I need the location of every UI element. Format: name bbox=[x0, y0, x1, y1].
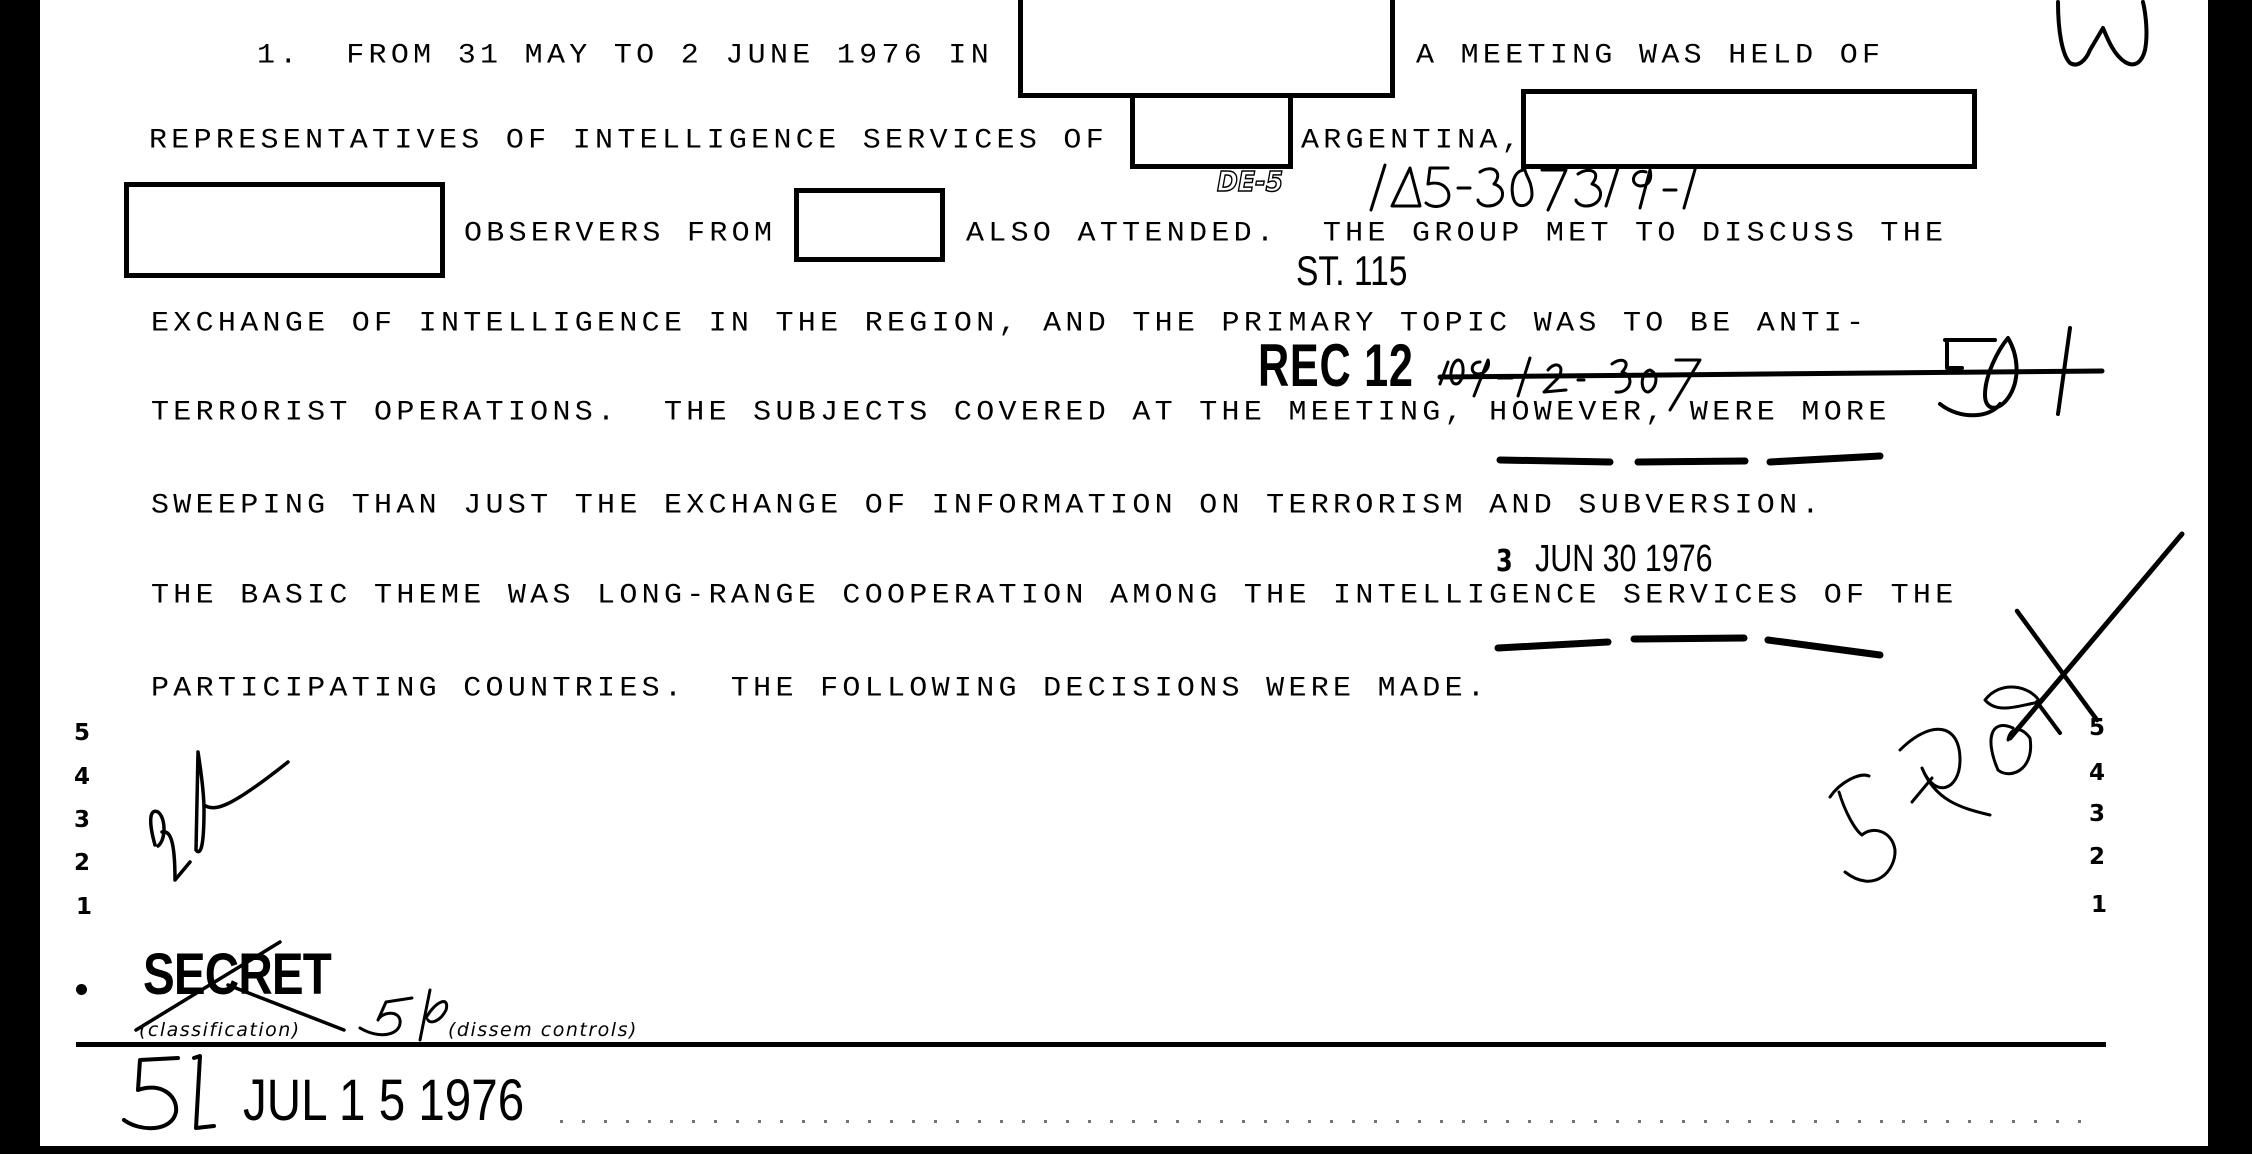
check-mark-stroke-short bbox=[2017, 611, 2097, 720]
corner-mark-w-icon bbox=[2058, 2, 2146, 65]
body-line-5: TERRORIST OPERATIONS. THE SUBJECTS COVER… bbox=[151, 399, 1891, 427]
body-line-2a: REPRESENTATIVES OF INTELLIGENCE SERVICES… bbox=[149, 127, 1108, 155]
handwritten-initials bbox=[151, 752, 288, 880]
body-line-7: THE BASIC THEME WAS LONG-RANGE COOPERATI… bbox=[151, 582, 1958, 610]
underline-dashes-2 bbox=[1498, 638, 1880, 655]
scan-border-left bbox=[0, 0, 40, 1154]
left-margin-number-3: 3 bbox=[74, 809, 90, 832]
redaction-box-location bbox=[1018, 0, 1395, 98]
scan-border-right bbox=[2208, 0, 2252, 1154]
body-line-3a: OBSERVERS FROM bbox=[464, 220, 776, 248]
handwritten-51 bbox=[124, 1056, 214, 1128]
body-line-3b: ALSO ATTENDED. THE GROUP MET TO DISCUSS … bbox=[966, 220, 1947, 248]
footer-rule bbox=[76, 1042, 2106, 1047]
handwriting-layer bbox=[0, 0, 2252, 1154]
body-line-1b: A MEETING WAS HELD OF bbox=[1416, 42, 1884, 70]
classification-label: (classification) bbox=[139, 1021, 301, 1040]
check-mark-stroke-long bbox=[2010, 534, 2182, 738]
body-line-8: PARTICIPATING COUNTRIES. THE FOLLOWING D… bbox=[151, 675, 1489, 703]
body-line-1a: 1. FROM 31 MAY TO 2 JUNE 1976 IN bbox=[257, 42, 993, 70]
handwritten-501 bbox=[1940, 328, 2070, 415]
stamp-st115: ST. 115 bbox=[1296, 250, 1407, 292]
dotted-rule bbox=[560, 1120, 2100, 1123]
handwritten-5-ro bbox=[1830, 687, 2040, 881]
stamp-date-received: 3JUN 30 1976 bbox=[1496, 540, 1713, 581]
left-margin-number-2: 2 bbox=[74, 852, 90, 875]
classification-secret: SECRET bbox=[143, 946, 331, 1004]
handwritten-56 bbox=[360, 990, 447, 1040]
body-line-4: EXCHANGE OF INTELLIGENCE IN THE REGION, … bbox=[151, 310, 1868, 338]
body-line-6: SWEEPING THAN JUST THE EXCHANGE OF INFOR… bbox=[151, 492, 1824, 520]
right-margin-number-5: 5 bbox=[2089, 717, 2105, 740]
handwritten-file-number bbox=[1371, 165, 1696, 210]
right-margin-number-3: 3 bbox=[2089, 803, 2105, 826]
footer-bullet bbox=[76, 984, 87, 995]
stamp-date-prefix: 3 bbox=[1496, 544, 1513, 579]
stamp-de5: DE-5 bbox=[1217, 168, 1283, 196]
redaction-box-country-1 bbox=[1130, 93, 1293, 169]
body-line-2b: ARGENTINA, bbox=[1301, 127, 1524, 155]
underline-dashes-1 bbox=[1500, 456, 1880, 462]
check-mark-stroke-tick bbox=[2037, 702, 2060, 733]
redaction-box-observer-country bbox=[794, 188, 945, 262]
right-margin-number-1: 1 bbox=[2091, 894, 2107, 917]
right-margin-number-2: 2 bbox=[2089, 846, 2105, 869]
left-margin-number-5: 5 bbox=[74, 722, 90, 745]
right-margin-number-4: 4 bbox=[2089, 762, 2105, 785]
redaction-box-countries-2 bbox=[124, 182, 445, 278]
left-margin-number-4: 4 bbox=[74, 766, 90, 789]
scan-border-bottom bbox=[0, 1146, 2252, 1154]
left-margin-number-1: 1 bbox=[76, 896, 92, 919]
dissem-controls-label: (dissem controls) bbox=[448, 1021, 638, 1040]
stamp-date-text: JUN 30 1976 bbox=[1535, 538, 1712, 580]
redaction-box-countries bbox=[1521, 89, 1977, 169]
strike-line bbox=[1440, 371, 2102, 377]
stamp-date-filed: JUL 1 5 1976 bbox=[243, 1072, 524, 1130]
stamp-rec12: REC 12 bbox=[1258, 336, 1414, 396]
